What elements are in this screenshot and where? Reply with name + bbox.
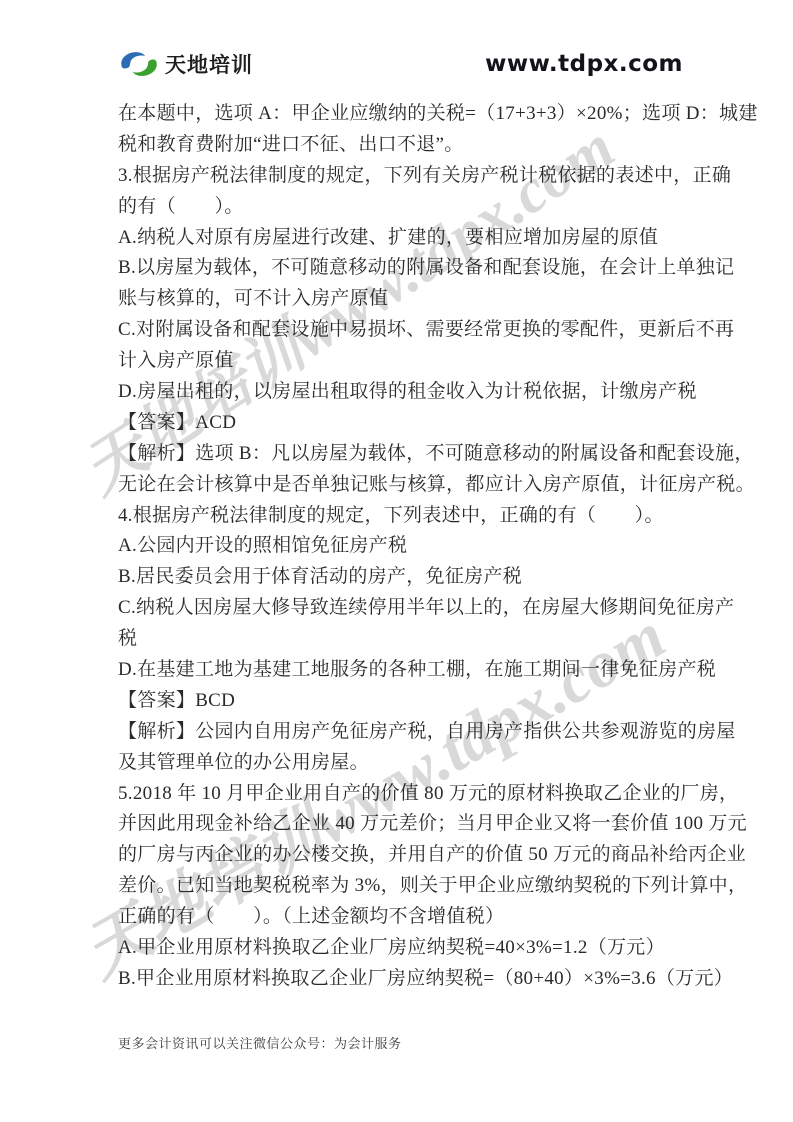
- website-url: www.tdpx.com: [485, 51, 683, 77]
- text-line: 税: [118, 624, 684, 655]
- text-line: 3.根据房产税法律制度的规定，下列有关房产税计税依据的表述中，正确: [118, 161, 684, 192]
- text-line: 账与核算的，可不计入房产原值: [118, 284, 684, 315]
- text-line: 及其管理单位的办公用房屋。: [118, 748, 684, 779]
- text-line: 5.2018 年 10 月甲企业用自产的价值 80 万元的原材料换取乙企业的厂房…: [118, 779, 684, 810]
- document-page: 天地培训www.tdpx.com 天地培训www.tdpx.com 天地培训 w…: [0, 0, 793, 1122]
- page-header: 天地培训 www.tdpx.com: [118, 44, 683, 84]
- text-line: 的有（ ）。: [118, 192, 684, 223]
- text-line: C.纳税人因房屋大修导致连续停用半年以上的，在房屋大修期间免征房产: [118, 593, 684, 624]
- logo-swirl-icon: [118, 49, 160, 79]
- text-line: D.房屋出租的，以房屋出租取得的租金收入为计税依据，计缴房产税: [118, 377, 684, 408]
- text-line: 4.根据房产税法律制度的规定，下列表述中，正确的有（ ）。: [118, 501, 684, 532]
- text-line: 差价。已知当地契税税率为 3%，则关于甲企业应缴纳契税的下列计算中，: [118, 871, 684, 902]
- footer-note: 更多会计资讯可以关注微信公众号：为会计服务: [118, 1033, 402, 1052]
- text-line: 税和教育费附加“进口不征、出口不退”。: [118, 130, 684, 161]
- text-line: 【答案】ACD: [118, 408, 684, 439]
- text-line: B.甲企业用原材料换取乙企业厂房应纳契税=（80+40）×3%=3.6（万元）: [118, 964, 684, 995]
- logo-text: 天地培训: [165, 49, 253, 79]
- document-body: 在本题中，选项 A：甲企业应缴纳的关税=（17+3+3）×20%；选项 D：城建…: [118, 99, 684, 995]
- text-line: 计入房产原值: [118, 346, 684, 377]
- text-line: C.对附属设备和配套设施中易损坏、需要经常更换的零配件，更新后不再: [118, 315, 684, 346]
- text-line: A.甲企业用原材料换取乙企业厂房应纳契税=40×3%=1.2（万元）: [118, 933, 684, 964]
- brand-logo: 天地培训: [118, 49, 253, 79]
- text-line: 【答案】BCD: [118, 686, 684, 717]
- text-line: 的厂房与丙企业的办公楼交换，并用自产的价值 50 万元的商品补给丙企业: [118, 840, 684, 871]
- text-line: D.在基建工地为基建工地服务的各种工棚，在施工期间一律免征房产税: [118, 655, 684, 686]
- text-line: 无论在会计核算中是否单独记账与核算，都应计入房产原值，计征房产税。: [118, 470, 684, 501]
- text-line: B.居民委员会用于体育活动的房产，免征房产税: [118, 562, 684, 593]
- text-line: 【解析】选项 B：凡以房屋为载体，不可随意移动的附属设备和配套设施，: [118, 439, 684, 470]
- text-line: 并因此用现金补给乙企业 40 万元差价；当月甲企业又将一套价值 100 万元: [118, 809, 684, 840]
- text-line: A.纳税人对原有房屋进行改建、扩建的，要相应增加房屋的原值: [118, 223, 684, 254]
- text-line: 在本题中，选项 A：甲企业应缴纳的关税=（17+3+3）×20%；选项 D：城建: [118, 99, 684, 130]
- text-line: A.公园内开设的照相馆免征房产税: [118, 531, 684, 562]
- text-line: 【解析】公园内自用房产免征房产税，自用房产指供公共参观游览的房屋: [118, 717, 684, 748]
- text-line: 正确的有（ ）。（上述金额均不含增值税）: [118, 902, 684, 933]
- text-line: B.以房屋为载体，不可随意移动的附属设备和配套设施，在会计上单独记: [118, 253, 684, 284]
